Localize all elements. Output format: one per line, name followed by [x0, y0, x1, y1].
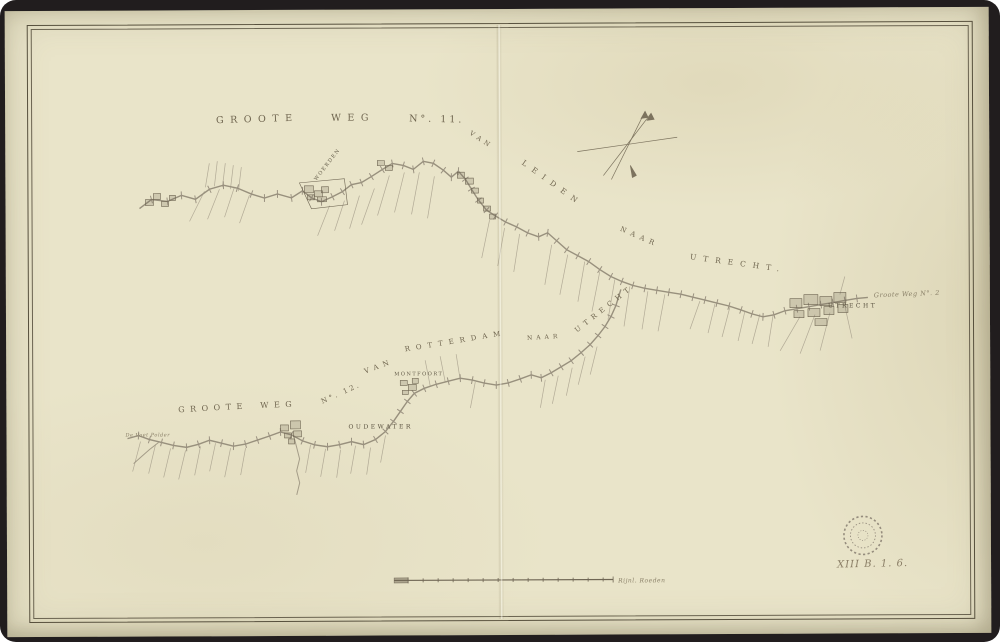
scanned-map-page: GROOTE WEG N°. 11. VAN LEIDEN NAAR UTREC…	[0, 0, 1000, 642]
map-paper-sheet: GROOTE WEG N°. 11. VAN LEIDEN NAAR UTREC…	[5, 7, 992, 637]
